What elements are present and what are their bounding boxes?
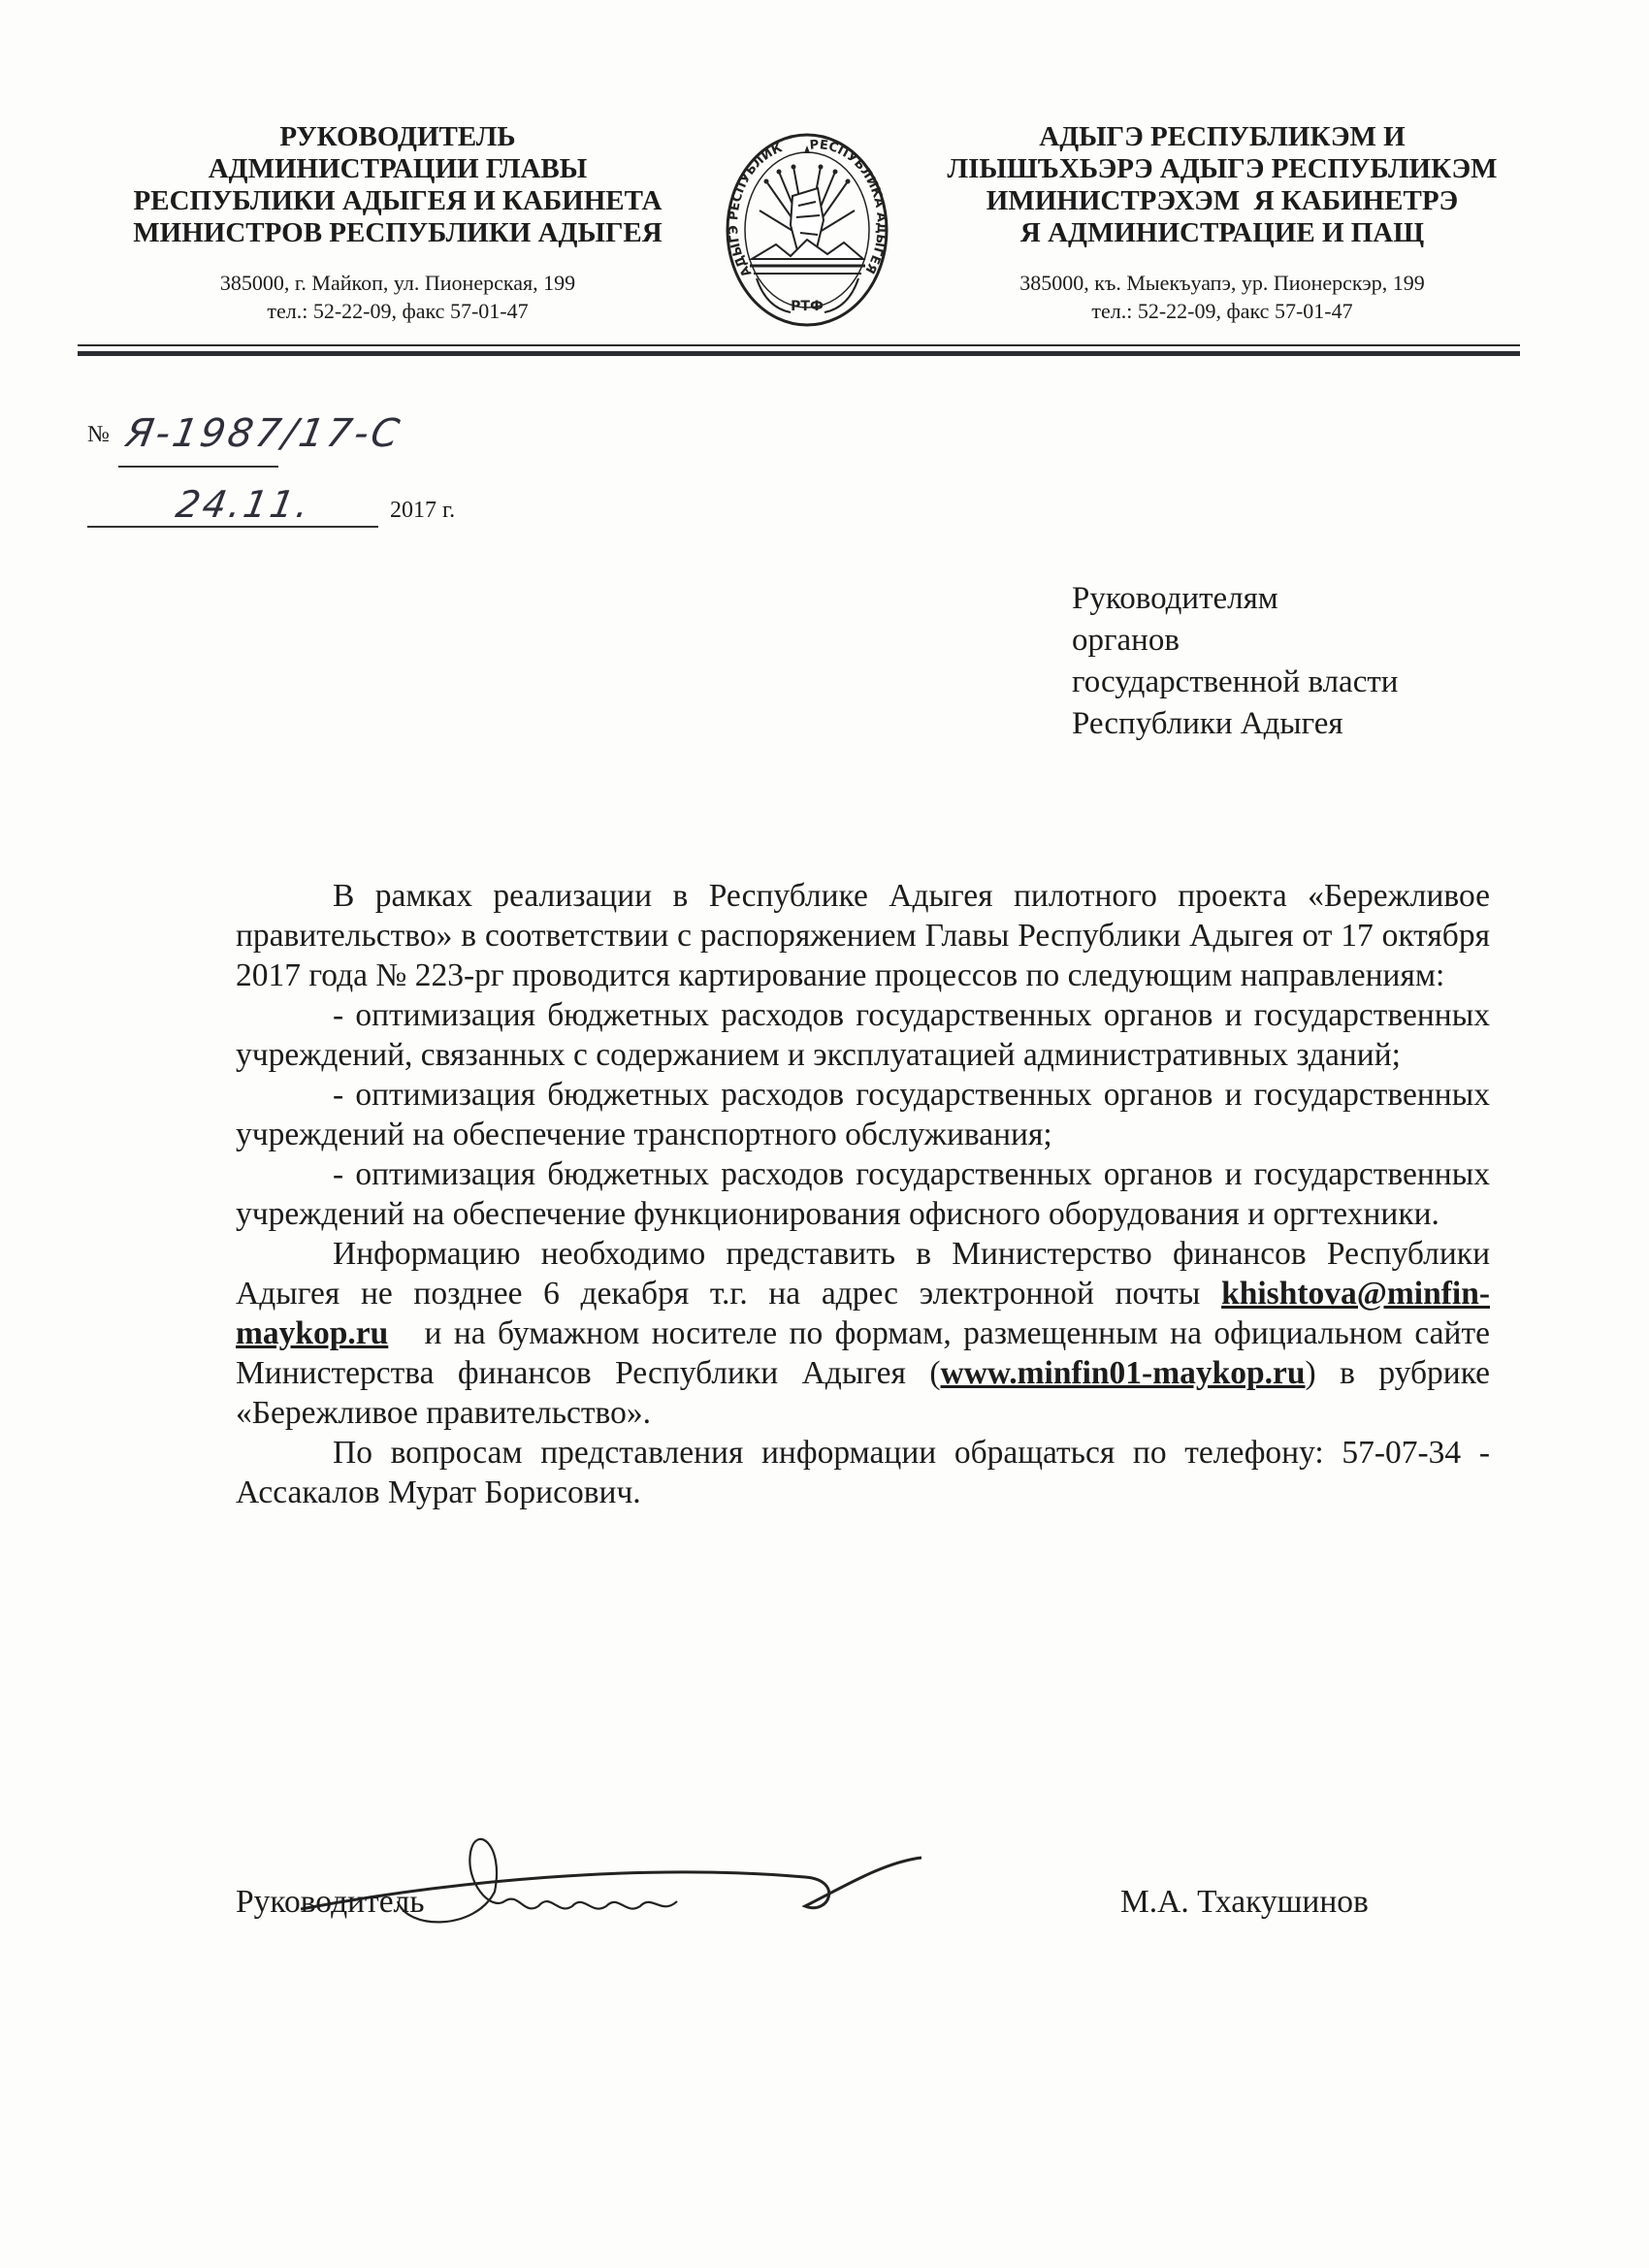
registration-year: 2017 г.: [390, 498, 455, 524]
direction-item: - оптимизация бюджетных расходов государ…: [236, 1075, 1490, 1154]
direction-item: - оптимизация бюджетных расходов государ…: [236, 995, 1490, 1075]
addressee-line: Руководителям: [1072, 578, 1557, 620]
registration-date: 24.11.: [173, 483, 315, 526]
registration-number: Я-1987/17-С: [122, 411, 405, 456]
registration-block: № Я-1987/17-С 24.11. 2017 г.: [87, 398, 495, 534]
header-divider-thin: [78, 344, 1520, 346]
title-line: РЕСПУБЛИКИ АДЫГЕЯ И КАБИНЕТА: [102, 185, 694, 217]
svg-text:РТФ: РТФ: [791, 299, 824, 314]
address: 385000, къ. Мыекъуапэ, ур. Пионерскэр, 1…: [921, 269, 1523, 297]
letterhead-left: РУКОВОДИТЕЛЬ АДМИНИСТРАЦИИ ГЛАВЫ РЕСПУБЛ…: [102, 121, 694, 325]
letterhead-right: АДЫГЭ РЕСПУБЛИКЭМ И ЛІЫШЪХЬЭРЭ АДЫГЭ РЕС…: [921, 121, 1523, 325]
coat-of-arms-icon: АДЫГЭ РЕСПУБЛИК РЕСПУБЛИКА АДЫГЕЯ: [723, 128, 892, 332]
direction-item: - оптимизация бюджетных расходов государ…: [236, 1154, 1490, 1234]
letterhead-right-contacts: 385000, къ. Мыекъуапэ, ур. Пионерскэр, 1…: [921, 269, 1523, 325]
addressee-line: органов: [1072, 620, 1557, 662]
addressee-line: Республики Адыгея: [1072, 703, 1557, 745]
signatory-name: М.А. Тхакушинов: [1120, 1884, 1369, 1921]
date-underline: [87, 526, 378, 528]
contact-paragraph: По вопросам представления информации обр…: [236, 1433, 1490, 1512]
title-line: АДМИНИСТРАЦИИ ГЛАВЫ: [102, 153, 694, 185]
title-line: МИНИСТРОВ РЕСПУБЛИКИ АДЫГЕЯ: [102, 217, 694, 249]
phone: тел.: 52-22-09, факс 57-01-47: [102, 297, 694, 325]
letter-body: В рамках реализации в Республике Адыгея …: [236, 876, 1490, 1512]
info-paragraph: Информацию необходимо представить в Мини…: [236, 1234, 1490, 1433]
title-line: Я АДМИНИСТРАЦИЕ И ПАЩ: [921, 217, 1523, 249]
signatory-title: Руководитель: [236, 1884, 425, 1921]
intro-paragraph: В рамках реализации в Республике Адыгея …: [236, 876, 1490, 995]
number-underline: [118, 466, 278, 468]
letterhead-right-title: АДЫГЭ РЕСПУБЛИКЭМ И ЛІЫШЪХЬЭРЭ АДЫГЭ РЕС…: [921, 121, 1523, 249]
header-divider-thick: [78, 351, 1520, 356]
addressee: Руководителям органов государственной вл…: [1072, 578, 1557, 745]
address: 385000, г. Майкоп, ул. Пионерская, 199: [102, 269, 694, 297]
title-line: ЛІЫШЪХЬЭРЭ АДЫГЭ РЕСПУБЛИКЭМ: [921, 153, 1523, 185]
phone: тел.: 52-22-09, факс 57-01-47: [921, 297, 1523, 325]
letterhead-left-contacts: 385000, г. Майкоп, ул. Пионерская, 199 т…: [102, 269, 694, 325]
website-link[interactable]: www.minfin01-maykop.ru: [941, 1355, 1306, 1391]
title-line: РУКОВОДИТЕЛЬ: [102, 121, 694, 153]
addressee-line: государственной власти: [1072, 662, 1557, 703]
title-line: ИМИНИСТРЭХЭМ Я КАБИНЕТРЭ: [921, 185, 1523, 217]
number-label: №: [87, 422, 110, 448]
title-line: АДЫГЭ РЕСПУБЛИКЭМ И: [921, 121, 1523, 153]
letterhead-left-title: РУКОВОДИТЕЛЬ АДМИНИСТРАЦИИ ГЛАВЫ РЕСПУБЛ…: [102, 121, 694, 249]
